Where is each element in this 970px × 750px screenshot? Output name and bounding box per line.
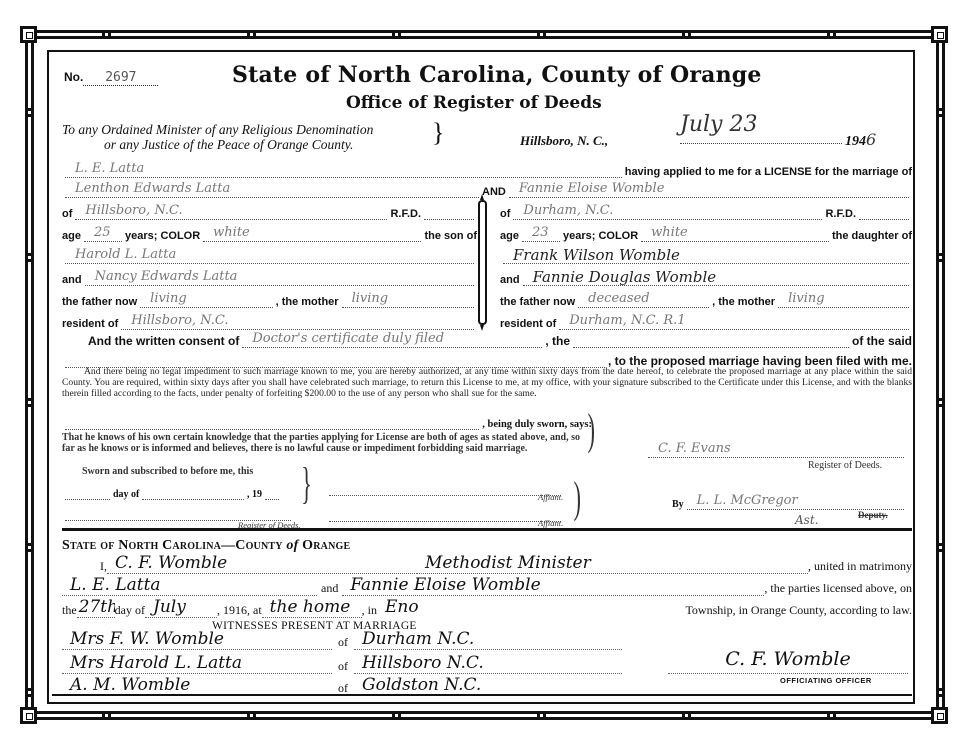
section-divider (62, 528, 912, 531)
document-title: State of North Carolina, County of Orang… (232, 62, 762, 88)
groom-mother-status-field: living (342, 291, 474, 308)
affiant-sign-field-2 (329, 505, 561, 522)
document-subtitle: Office of Register of Deeds (346, 93, 602, 113)
ceremony-location-field: the home (262, 598, 362, 618)
ceremony-day-field: 27th (77, 598, 115, 618)
bride-father-status-field: deceased (578, 291, 709, 308)
groom-father-now-label: the father now (62, 296, 137, 308)
bride-resident-field: Durham, N.C. R.1 (559, 313, 909, 330)
brace-decoration: ) (588, 408, 595, 452)
township-field: Eno (377, 598, 507, 618)
bride-parent-status-line: the father now deceased , the mother liv… (500, 290, 912, 308)
sworn-subscribed-text: Sworn and subscribed to before me, this (82, 466, 302, 477)
consent-line: And the written consent of Doctor's cert… (88, 330, 912, 348)
groom-father-status-field: living (140, 291, 272, 308)
groom-mother-label: , the mother (276, 296, 339, 308)
witness-name: A. M. Womble (62, 676, 332, 696)
by-signature-line: By L. L. McGregor (672, 492, 907, 510)
brace-decoration: } (301, 462, 312, 506)
groom-color-field: white (203, 225, 421, 242)
groom-resident-field: Hillsboro, N.C. (121, 313, 474, 330)
groom-of-label: of (62, 208, 72, 220)
bride-mother-field: Fannie Douglas Womble (523, 269, 909, 286)
bride-name-field: Fannie Eloise Womble (509, 181, 909, 198)
witness-row: Mrs Harold L. Latta of Hillsboro N.C. (62, 654, 622, 674)
ceremony-year: , 1916 (217, 603, 247, 618)
register-sign-field (65, 504, 291, 521)
deputy-handwritten: Ast. (795, 513, 818, 527)
license-number: No.2697 (64, 70, 158, 86)
groom-mother-field: Nancy Edwards Latta (85, 269, 474, 286)
deputy-struck-label: Deputy. (858, 510, 888, 520)
groom-name-field: Lenthon Edwards Latta (65, 181, 479, 198)
bride-relation-label: the daughter of (832, 230, 912, 242)
groom-resident-line: resident of Hillsboro, N.C. (62, 312, 477, 330)
border-rail-left (25, 40, 34, 710)
border-corner-ornament (20, 26, 37, 43)
register-signature: C. F. Evans (648, 441, 904, 458)
i-label: I, (100, 559, 107, 574)
township-label: Township, in Orange County, according to… (507, 603, 912, 618)
addressee-line-2: or any Justice of the Peace of Orange Co… (62, 137, 373, 152)
certificate-title-part1: State of North Carolina—County (62, 538, 283, 553)
consent-label: And the written consent of (88, 334, 239, 348)
bride-rfd-field (859, 203, 909, 220)
register-sign-line (62, 503, 294, 521)
bride-resident-label: resident of (500, 318, 556, 330)
groom-age-label: age (62, 230, 81, 242)
bride-name-line: AND Fannie Eloise Womble (482, 180, 912, 198)
sworn-month-field (142, 483, 244, 500)
consent-of-said-label: of the said (852, 334, 912, 348)
issue-year: 1946 (845, 130, 876, 150)
parties-licensed-label: , the parties licensed above, on (764, 581, 912, 596)
certificate-title-of: of (286, 538, 298, 553)
certificate-title: State of North Carolina—County of Orange (62, 538, 350, 554)
witness-name: Mrs Harold L. Latta (62, 654, 332, 674)
groom-father-field: Harold L. Latta (65, 247, 474, 264)
affiant-label-1: Affiant. (538, 492, 563, 502)
border-rail-bottom (34, 711, 936, 720)
applicant-line: L. E. Latta having applied to me for a L… (62, 160, 912, 178)
groom-of-field: Hillsboro, N.C. (75, 203, 387, 220)
border-corner-ornament (20, 707, 37, 724)
affiant-sworn-line: , being duly sworn, says: (62, 412, 592, 430)
witness-place: Durham N.C. (354, 630, 622, 650)
bride-of-line: of Durham, N.C. R.F.D. (500, 202, 912, 220)
witness-row: Mrs F. W. Womble of Durham N.C. (62, 630, 622, 650)
consent-field: Doctor's certificate duly filed (242, 331, 542, 348)
affiant-sign-field-1 (329, 479, 561, 496)
groom-resident-label: resident of (62, 318, 118, 330)
affiant-sworn-label: , being duly sworn, says: (482, 419, 592, 430)
groom-age-field: 25 (84, 225, 122, 242)
bride-father-now-label: the father now (500, 296, 575, 308)
sworn-date-line: day of , 19 (62, 482, 282, 500)
bride-of-field: Durham, N.C. (513, 203, 822, 220)
bottom-divider (52, 694, 912, 696)
year-prefix-label: , 19 (247, 489, 262, 500)
border-corner-ornament (931, 26, 948, 43)
border-rail-right (936, 40, 945, 710)
the-label: the (62, 603, 77, 618)
affidavit-body: That he knows of his own certain knowled… (62, 432, 592, 454)
by-label: By (672, 499, 684, 510)
affiant-name-field (65, 413, 479, 430)
groom-relation-label: the son of (424, 230, 477, 242)
authorization-paragraph: And there being no legal impediment to s… (62, 366, 912, 399)
by-signature: L. L. McGregor (687, 493, 904, 510)
bride-rfd-label: R.F.D. (825, 208, 856, 220)
officiating-officer-label: OFFICIATING OFFICER (780, 676, 872, 685)
parties-line: L. E. Latta and Fannie Eloise Womble , t… (62, 576, 912, 596)
bride-age-field: 23 (522, 225, 560, 242)
united-label: , united in matrimony (808, 559, 912, 574)
affiant-sign-line-1 (326, 478, 564, 496)
bride-color-field: white (641, 225, 829, 242)
groom-parent-status-line: the father now living , the mother livin… (62, 290, 477, 308)
party1-field: L. E. Latta (62, 576, 317, 596)
sworn-year-field (265, 483, 279, 500)
license-number-label: No. (64, 70, 83, 84)
bride-mother-status-field: living (778, 291, 909, 308)
issue-date-handwritten: July 23 (680, 112, 842, 144)
issue-year-printed: 194 (845, 134, 866, 149)
bride-father-field: Frank Wilson Womble (503, 247, 909, 264)
groom-age-line: age 25 years; COLOR white the son of (62, 224, 477, 242)
bride-color-label: years; COLOR (563, 230, 638, 242)
witness-of-label: of (332, 635, 354, 650)
ceremony-date-line: the 27th day of July , 1916 , at the hom… (62, 598, 912, 618)
bride-mother-label: , the mother (712, 296, 775, 308)
bride-and-label: AND (482, 186, 506, 198)
addressee-line-1: To any Ordained Minister of any Religiou… (62, 122, 373, 137)
license-number-value: 2697 (83, 70, 158, 86)
authorization-text: And there being no legal impediment to s… (62, 366, 912, 399)
officiant-title-field: Methodist Minister (417, 554, 808, 574)
consent-relation-field (573, 331, 849, 348)
groom-father-line: Harold L. Latta (62, 246, 477, 264)
bride-mother-line: and Fannie Douglas Womble (500, 268, 912, 286)
at-label: , at (247, 603, 262, 618)
affiant-sign-line-2 (326, 504, 564, 522)
ceremony-month-field: July (145, 598, 217, 618)
issue-place: Hillsboro, N. C., (520, 133, 608, 149)
register-title: Register of Deeds. (808, 460, 882, 471)
issue-year-handwritten: 6 (866, 130, 876, 149)
and-label: and (317, 581, 342, 596)
witness-place: Hillsboro N.C. (354, 654, 622, 674)
groom-of-line: of Hillsboro, N.C. R.F.D. (62, 202, 477, 220)
border-rail-top (34, 30, 936, 39)
groom-rfd-label: R.F.D. (390, 208, 421, 220)
border-corner-ornament (931, 707, 948, 724)
sworn-day-field (65, 483, 110, 500)
register-signature-line: C. F. Evans (645, 440, 907, 458)
brace-decoration: } (432, 120, 444, 146)
applicant-name-field: L. E. Latta (65, 161, 622, 178)
addressee-block: To any Ordained Minister of any Religiou… (62, 122, 373, 152)
groom-color-label: years; COLOR (125, 230, 200, 242)
day-of-label: day of (115, 603, 145, 618)
brace-decoration: ) (574, 476, 581, 520)
party2-field: Fannie Eloise Womble (342, 576, 764, 596)
bride-and-label-2: and (500, 274, 520, 286)
officiant-signature: C. F. Womble (668, 648, 908, 674)
bride-father-line: Frank Wilson Womble (500, 246, 912, 264)
officiant-name-field: C. F. Womble (107, 554, 417, 574)
bride-age-label: age (500, 230, 519, 242)
witness-of-label: of (332, 659, 354, 674)
groom-rfd-field (424, 203, 474, 220)
bride-resident-line: resident of Durham, N.C. R.1 (500, 312, 912, 330)
bride-of-label: of (500, 208, 510, 220)
officiant-line: I, C. F. Womble Methodist Minister , uni… (100, 554, 912, 574)
witness-place: Goldston N.C. (354, 676, 622, 696)
bride-age-line: age 23 years; COLOR white the daughter o… (500, 224, 912, 242)
in-label: , in (362, 603, 377, 618)
witness-row: A. M. Womble of Goldston N.C. (62, 676, 622, 696)
applicant-text: having applied to me for a LICENSE for t… (625, 166, 912, 178)
certificate-title-part2: Orange (302, 538, 350, 553)
day-of-label: day of (113, 489, 139, 500)
column-divider (478, 200, 487, 325)
groom-mother-line: and Nancy Edwards Latta (62, 268, 477, 286)
affiant-label-2: Affiant. (538, 518, 563, 528)
witness-name: Mrs F. W. Womble (62, 630, 332, 650)
groom-and-label: and (62, 274, 82, 286)
consent-the-label: , the (545, 334, 570, 348)
groom-name-line: Lenthon Edwards Latta (62, 180, 482, 198)
